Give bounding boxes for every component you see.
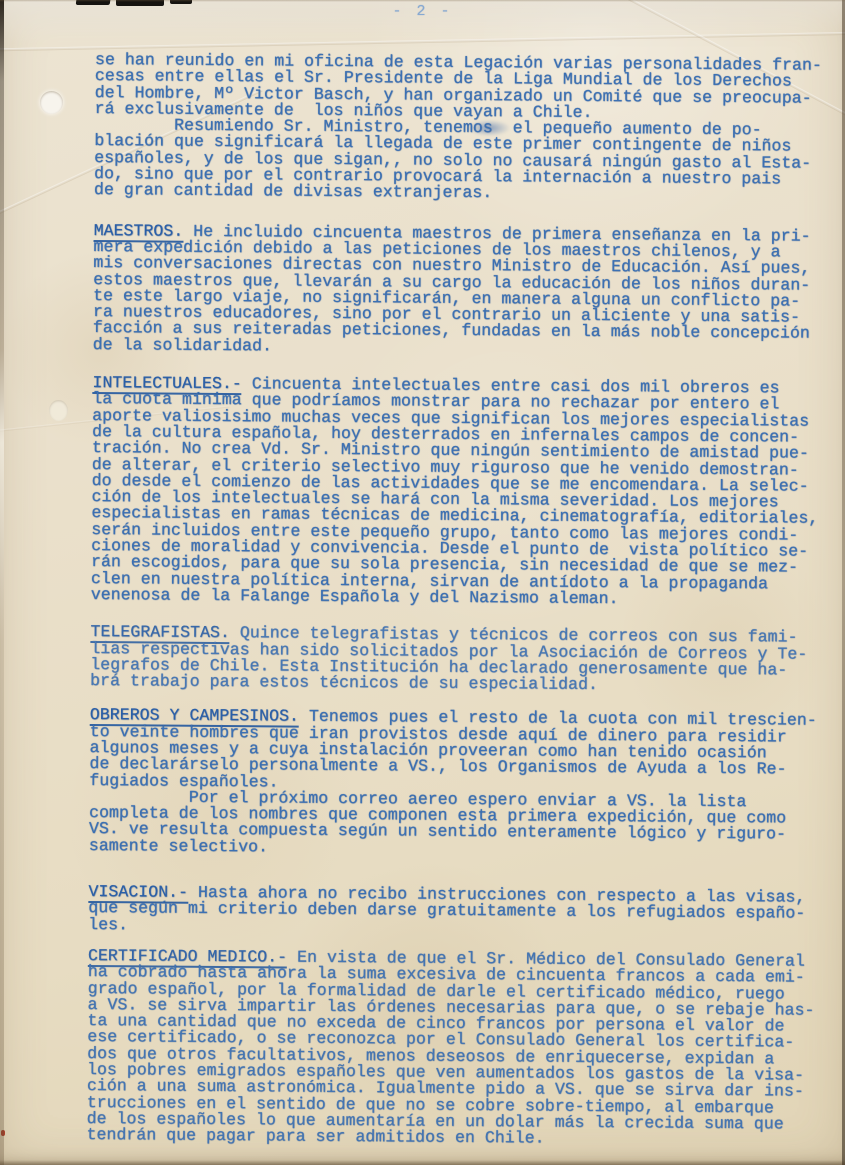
paragraph-text: En vista de que el Sr. Médico del Consul…: [86, 947, 814, 1147]
punch-hole-middle: [49, 400, 68, 421]
page-number: - 2 -: [0, 3, 845, 20]
paragraph-certificado-medico: CERTIFICADO MEDICO.- En vista de que el …: [86, 948, 845, 1150]
paragraph-text: Hasta ahora no recibo instrucciones con …: [88, 883, 805, 934]
paragraph-intelectuales: INTELECTUALES.- Cincuenta intelectuales …: [91, 375, 845, 609]
scan-edge-bottom: [0, 1160, 845, 1165]
paragraph-obreros-campesinos: OBREROS Y CAMPESINOS. Tenemos pues el re…: [89, 707, 845, 860]
paragraph-text: Cincuenta intelectuales entre casi dos m…: [91, 374, 819, 608]
paragraph-text: He incluido cincuenta maestros de primer…: [93, 221, 811, 355]
scanned-page: - 2 - se han reunido en mi oficina de es…: [0, 0, 845, 1165]
punch-hole-top: [40, 91, 63, 114]
paper-crease-horizontal: [0, 32, 845, 52]
paragraph-telegrafistas: TELEGRAFISTAS. Quince telegrafistas y té…: [90, 624, 845, 695]
paragraph-maestros: MAESTROS. He incluido cincuenta maestros…: [93, 223, 845, 359]
scan-edge-top: [0, 0, 845, 2]
letter-body: se han reunido en mi oficina de esta Leg…: [86, 52, 845, 1149]
paragraph-intro: se han reunido en mi oficina de esta Leg…: [94, 52, 845, 205]
red-speck: [1, 1130, 5, 1136]
scan-edge-left: [0, 0, 4, 1165]
paragraph-visacion: VISACION.- Hasta ahora no recibo instruc…: [88, 884, 845, 939]
paragraph-text: se han reunido en mi oficina de esta Leg…: [94, 50, 822, 202]
paragraph-text: Tenemos pues el resto de la cuota con mi…: [89, 707, 817, 856]
